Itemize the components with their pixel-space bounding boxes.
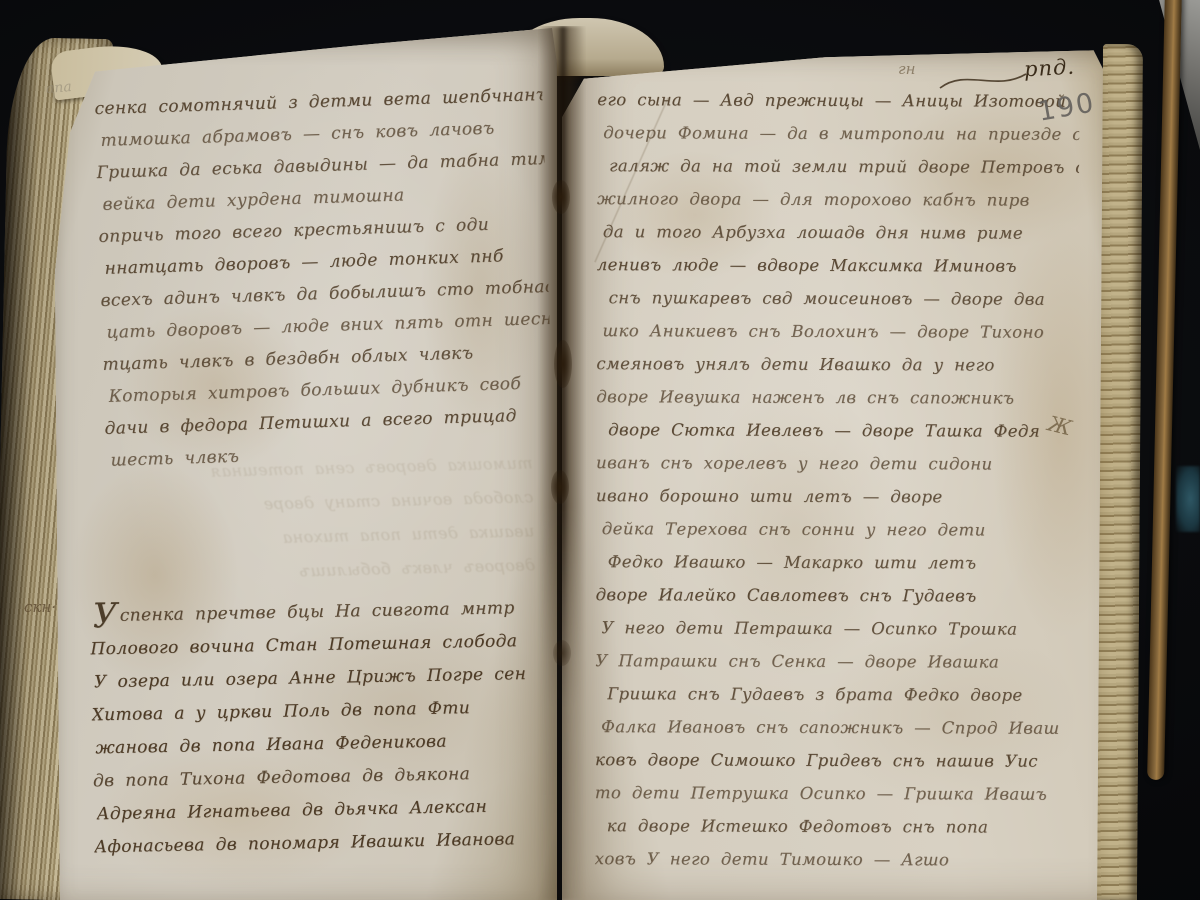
manuscript-line: У Патрашки снъ Сенка — дворе Ивашка bbox=[595, 644, 1077, 679]
manuscript-line: ка дворе Истешко Федотовъ снъ попа bbox=[607, 809, 1077, 844]
gutter-tear-spot bbox=[553, 640, 571, 666]
teal-reflection bbox=[1176, 466, 1200, 532]
manuscript-line: Фалка Ивановъ снъ сапожникъ — Спрод Иваш bbox=[601, 710, 1077, 745]
manuscript-line: ленивъ люде — вдворе Максимка Иминовъ bbox=[597, 248, 1079, 283]
manuscript-line: Федко Ивашко — Макарко шти летъ bbox=[608, 545, 1078, 580]
manuscript-line: ковъ дворе Симошко Гридевъ снъ нашив Уис bbox=[595, 743, 1077, 778]
manuscript-line: снъ пушкаревъ свд моисеиновъ — дворе два bbox=[609, 281, 1079, 316]
margin-mark-skn: скн· bbox=[24, 598, 56, 616]
manuscript-line-text: спенка пречтве бцы На сивгота мнтр bbox=[120, 598, 515, 626]
manuscript-line: дейка Терехова снъ сонни у него дети bbox=[602, 512, 1078, 547]
manuscript-line: ховъ У него дети Тимошко — Агшо bbox=[595, 842, 1077, 877]
gutter-tear-spot bbox=[551, 470, 569, 504]
gutter-tear-spot bbox=[552, 180, 570, 214]
drop-initial: У bbox=[93, 596, 119, 633]
folio-number-ink: рпд. bbox=[1023, 55, 1075, 82]
manuscript-line: то дети Петрушка Осипко — Гришка Ивашъ bbox=[595, 776, 1077, 811]
manuscript-line: жилного двора — для торохово кабнъ пирв bbox=[597, 182, 1079, 217]
manuscript-line: галяж да на той земли трий дворе Петровъ… bbox=[609, 149, 1079, 184]
manuscript-line: Гришка снъ Гудаевъ з брата Федко дворе bbox=[607, 677, 1077, 712]
folio-flourish bbox=[938, 66, 1030, 94]
faint-corner-mark: апа bbox=[45, 79, 72, 97]
left-page-paragraph-2: Успенка пречтве бцы На сивгота мнтр Поло… bbox=[90, 592, 553, 865]
manuscript-line: ивано борошно шти летъ — дворе bbox=[596, 479, 1078, 514]
manuscript-line: дочери Фомина — да в митрополи на приезд… bbox=[603, 116, 1079, 151]
manuscript-line: У него дети Петрашка — Осипко Трошка bbox=[601, 611, 1077, 646]
quire-header-mark: гн bbox=[898, 60, 915, 78]
manuscript-line: шко Аникиевъ снъ Волохинъ — дворе Тихоно bbox=[602, 314, 1078, 349]
left-page-paragraph-1: сенка сомотнячий з детми вета шепбчнанъ … bbox=[94, 79, 554, 477]
manuscript-line: дворе Сютка Иевлевъ — дворе Ташка Федя bbox=[608, 413, 1078, 448]
manuscript-line: дворе Иевушка наженъ лв снъ сапожникъ bbox=[596, 380, 1078, 415]
right-page-text: его сына — Авд прежницы — Аницы Изотовой… bbox=[595, 83, 1080, 877]
manuscript-line: иванъ снъ хорелевъ у него дети сидони bbox=[596, 446, 1078, 481]
manuscript-line: смеяновъ унялъ дети Ивашко да у него bbox=[596, 347, 1078, 382]
manuscript-line: да и того Арбузха лошадв дня нимв риме bbox=[603, 215, 1079, 250]
right-fore-edge bbox=[1097, 44, 1143, 900]
bleedthrough-text: тимошка дворовъ сена потешная слобода во… bbox=[102, 446, 535, 593]
manuscript-photo: сенка сомотнячий з детми вета шепбчнанъ … bbox=[0, 0, 1200, 900]
manuscript-line: дворе Иалейко Савлотевъ снъ Гудаевъ bbox=[596, 578, 1078, 613]
gutter-tear-spot bbox=[554, 340, 572, 388]
